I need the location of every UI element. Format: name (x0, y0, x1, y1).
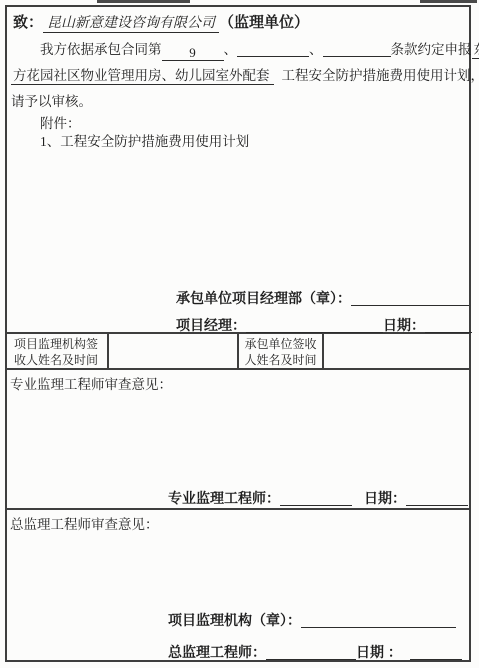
project-manager-signature-blank (246, 317, 383, 333)
project-name-underline-rest: 方花园社区物业管理用房、幼儿园室外配套 (11, 68, 274, 85)
specialist-date-label: 日期： (364, 490, 406, 506)
attachment-label: 附件： (40, 114, 81, 134)
supervisor-suffix: （监理单位） (219, 15, 309, 31)
request-paragraph-line1: 我方依据承包合同第9、、条款约定申报东 (40, 40, 479, 61)
supervising-org-label: 项目监理机构（章）： (168, 612, 301, 628)
supervising-org-seal-blank (301, 612, 456, 628)
contractor-dept-seal-blank (351, 290, 469, 306)
divider-below-receipt-row (5, 368, 471, 370)
to-label: 致： (13, 15, 43, 31)
chief-sign-line: 总监理工程师：日期 ： (168, 642, 462, 662)
contractor-receipt-empty-cell (324, 332, 471, 368)
specialist-date-blank (406, 490, 468, 506)
chief-sign-label: 总监理工程师： (168, 644, 266, 660)
specialist-sign-label: 专业监理工程师： (168, 490, 280, 506)
clause-number-blank-3 (323, 41, 391, 57)
specialist-sign-line: 专业监理工程师：日期： (168, 488, 468, 508)
scan-artifact-line-right (420, 0, 477, 3)
contractor-date-blank (425, 317, 472, 333)
chief-signature-blank (266, 644, 356, 660)
project-name-underline-start: 东 (472, 42, 479, 59)
contractor-receipt-cell-label: 承包单位签收 人姓名及时间 (239, 336, 322, 368)
request-paragraph-line2: 方花园社区物业管理用房、幼儿园室外配套工程安全防护措施费用使用计划， (11, 66, 479, 86)
attachment-item-1: 1、工程安全防护措施费用使用计划 (40, 132, 249, 152)
specialist-opinion-title: 专业监理工程师审查意见： (10, 373, 172, 393)
specialist-signature-blank (280, 490, 352, 506)
clause-number-blank-1: 9 (162, 45, 224, 61)
supervisor-receipt-cell-label: 项目监理机构签 收人姓名及时间 (5, 336, 107, 368)
separator-2: 、 (309, 42, 323, 57)
contractor-date-label: 日期： (383, 317, 425, 333)
supervisor-receipt-empty-cell (109, 332, 237, 368)
request-paragraph-line3: 请予以审核。 (11, 92, 92, 112)
addressee-line: 致：昆山新意建设咨询有限公司（监理单位） (13, 11, 309, 32)
supervising-org-line: 项目监理机构（章）： (168, 610, 456, 630)
project-manager-label: 项目经理： (176, 317, 246, 333)
supervisor-company-name: 昆山新意建设咨询有限公司 (43, 16, 219, 33)
line2-suffix: 工程安全防护措施费用使用计划， (282, 68, 479, 83)
separator-1: 、 (224, 42, 238, 57)
contractor-dept-label: 承包单位项目经理部（章）： (176, 290, 351, 306)
scan-artifact-line-left (97, 0, 190, 3)
chief-opinion-title: 总监理工程师审查意见： (10, 513, 159, 533)
divider-above-chief-section (5, 508, 471, 510)
chief-date-label: 日期 ： (356, 644, 402, 660)
clause-number-blank-2 (237, 41, 309, 57)
contractor-dept-line: 承包单位项目经理部（章）： (176, 288, 469, 308)
scanned-form-page: 致：昆山新意建设咨询有限公司（监理单位） 我方依据承包合同第9、、条款约定申报东… (0, 0, 479, 668)
line1-prefix: 我方依据承包合同第 (40, 42, 162, 57)
chief-date-blank (410, 644, 462, 660)
line1-suffix: 条款约定申报 (391, 42, 472, 57)
